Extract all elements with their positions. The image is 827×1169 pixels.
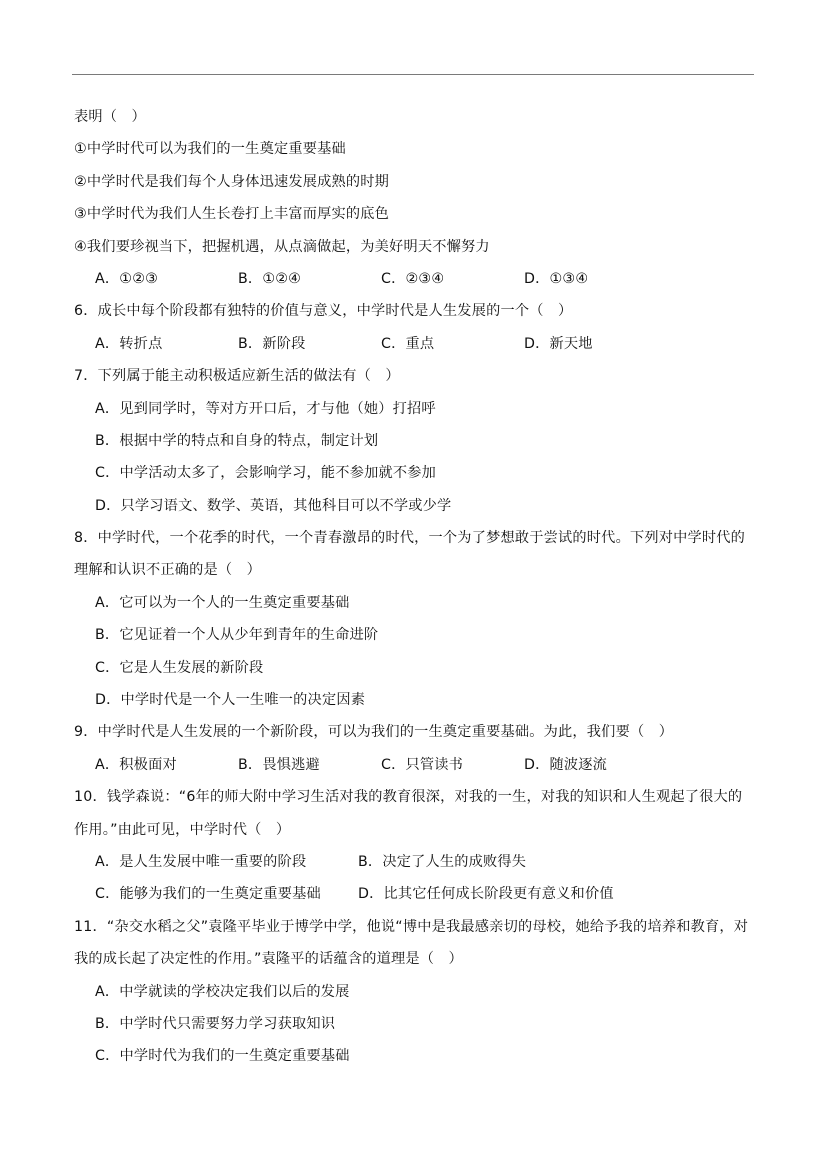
q9-option-d[interactable]: D．随波逐流 <box>524 749 667 781</box>
q6-option-d[interactable]: D．新天地 <box>524 328 667 360</box>
q10-options-row2: C．能够为我们的一生奠定重要基础 D．比其它任何成长阶段更有意义和价值 <box>74 878 764 910</box>
q5-statement-2: ②中学时代是我们每个人身体迅速发展成熟的时期 <box>74 166 764 198</box>
q10-option-d[interactable]: D．比其它任何成长阶段更有意义和价值 <box>358 878 621 910</box>
q5-option-a[interactable]: A．①②③ <box>95 263 238 295</box>
q8-option-c[interactable]: C．它是人生发展的新阶段 <box>74 652 764 684</box>
document-page: 表明（ ） ①中学时代可以为我们的一生奠定重要基础 ②中学时代是我们每个人身体迅… <box>74 101 764 1073</box>
q11-option-c[interactable]: C．中学时代为我们的一生奠定重要基础 <box>74 1040 764 1072</box>
q8-option-a[interactable]: A．它可以为一个人的一生奠定重要基础 <box>74 587 764 619</box>
q8-stem-line1: 8．中学时代，一个花季的时代，一个青春激昂的时代，一个为了梦想敢于尝试的时代。下… <box>74 522 764 554</box>
q11-stem-line2: 我的成长起了决定性的作用。”袁隆平的话蕴含的道理是（ ） <box>74 943 764 975</box>
q7-option-c[interactable]: C．中学活动太多了，会影响学习，能不参加就不参加 <box>74 457 764 489</box>
q7-option-a[interactable]: A．见到同学时，等对方开口后，才与他（她）打招呼 <box>74 393 764 425</box>
q11-option-a[interactable]: A．中学就读的学校决定我们以后的发展 <box>74 976 764 1008</box>
q9-stem: 9．中学时代是人生发展的一个新阶段，可以为我们的一生奠定重要基础。为此，我们要（… <box>74 716 764 748</box>
q8-option-d[interactable]: D．中学时代是一个人一生唯一的决定因素 <box>74 684 764 716</box>
q5-statement-1: ①中学时代可以为我们的一生奠定重要基础 <box>74 133 764 165</box>
q11-option-b[interactable]: B．中学时代只需要努力学习获取知识 <box>74 1008 764 1040</box>
q5-options: A．①②③ B．①②④ C．②③④ D．①③④ <box>74 263 764 295</box>
q10-option-c[interactable]: C．能够为我们的一生奠定重要基础 <box>95 878 358 910</box>
q9-options: A．积极面对 B．畏惧逃避 C．只管读书 D．随波逐流 <box>74 749 764 781</box>
q6-options: A．转折点 B．新阶段 C．重点 D．新天地 <box>74 328 764 360</box>
q5-stem-continuation: 表明（ ） <box>74 101 764 133</box>
q6-option-c[interactable]: C．重点 <box>381 328 524 360</box>
q5-option-d[interactable]: D．①③④ <box>524 263 667 295</box>
q9-option-b[interactable]: B．畏惧逃避 <box>238 749 381 781</box>
q7-option-d[interactable]: D．只学习语文、数学、英语，其他科目可以不学或少学 <box>74 490 764 522</box>
q9-option-a[interactable]: A．积极面对 <box>95 749 238 781</box>
q10-stem-line1: 10．钱学森说：“6年的师大附中学习生活对我的教育很深，对我的一生，对我的知识和… <box>74 781 764 813</box>
q10-option-a[interactable]: A．是人生发展中唯一重要的阶段 <box>95 846 358 878</box>
q10-options-row1: A．是人生发展中唯一重要的阶段 B．决定了人生的成败得失 <box>74 846 764 878</box>
header-rule <box>72 74 754 75</box>
q10-stem-line2: 作用。”由此可见，中学时代（ ） <box>74 814 764 846</box>
q5-statement-4: ④我们要珍视当下，把握机遇，从点滴做起，为美好明天不懈努力 <box>74 231 764 263</box>
q9-option-c[interactable]: C．只管读书 <box>381 749 524 781</box>
q6-option-a[interactable]: A．转折点 <box>95 328 238 360</box>
q6-stem: 6．成长中每个阶段都有独特的价值与意义，中学时代是人生发展的一个（ ） <box>74 295 764 327</box>
q7-stem: 7．下列属于能主动积极适应新生活的做法有（ ） <box>74 360 764 392</box>
q6-option-b[interactable]: B．新阶段 <box>238 328 381 360</box>
q8-stem-line2: 理解和认识不正确的是（ ） <box>74 554 764 586</box>
q5-option-c[interactable]: C．②③④ <box>381 263 524 295</box>
q10-option-b[interactable]: B．决定了人生的成败得失 <box>358 846 621 878</box>
q11-stem-line1: 11．“杂交水稻之父”袁隆平毕业于博学中学，他说“博中是我最感亲切的母校，她给予… <box>74 911 764 943</box>
q8-option-b[interactable]: B．它见证着一个人从少年到青年的生命进阶 <box>74 619 764 651</box>
q5-option-b[interactable]: B．①②④ <box>238 263 381 295</box>
q5-statement-3: ③中学时代为我们人生长卷打上丰富而厚实的底色 <box>74 198 764 230</box>
q7-option-b[interactable]: B．根据中学的特点和自身的特点，制定计划 <box>74 425 764 457</box>
